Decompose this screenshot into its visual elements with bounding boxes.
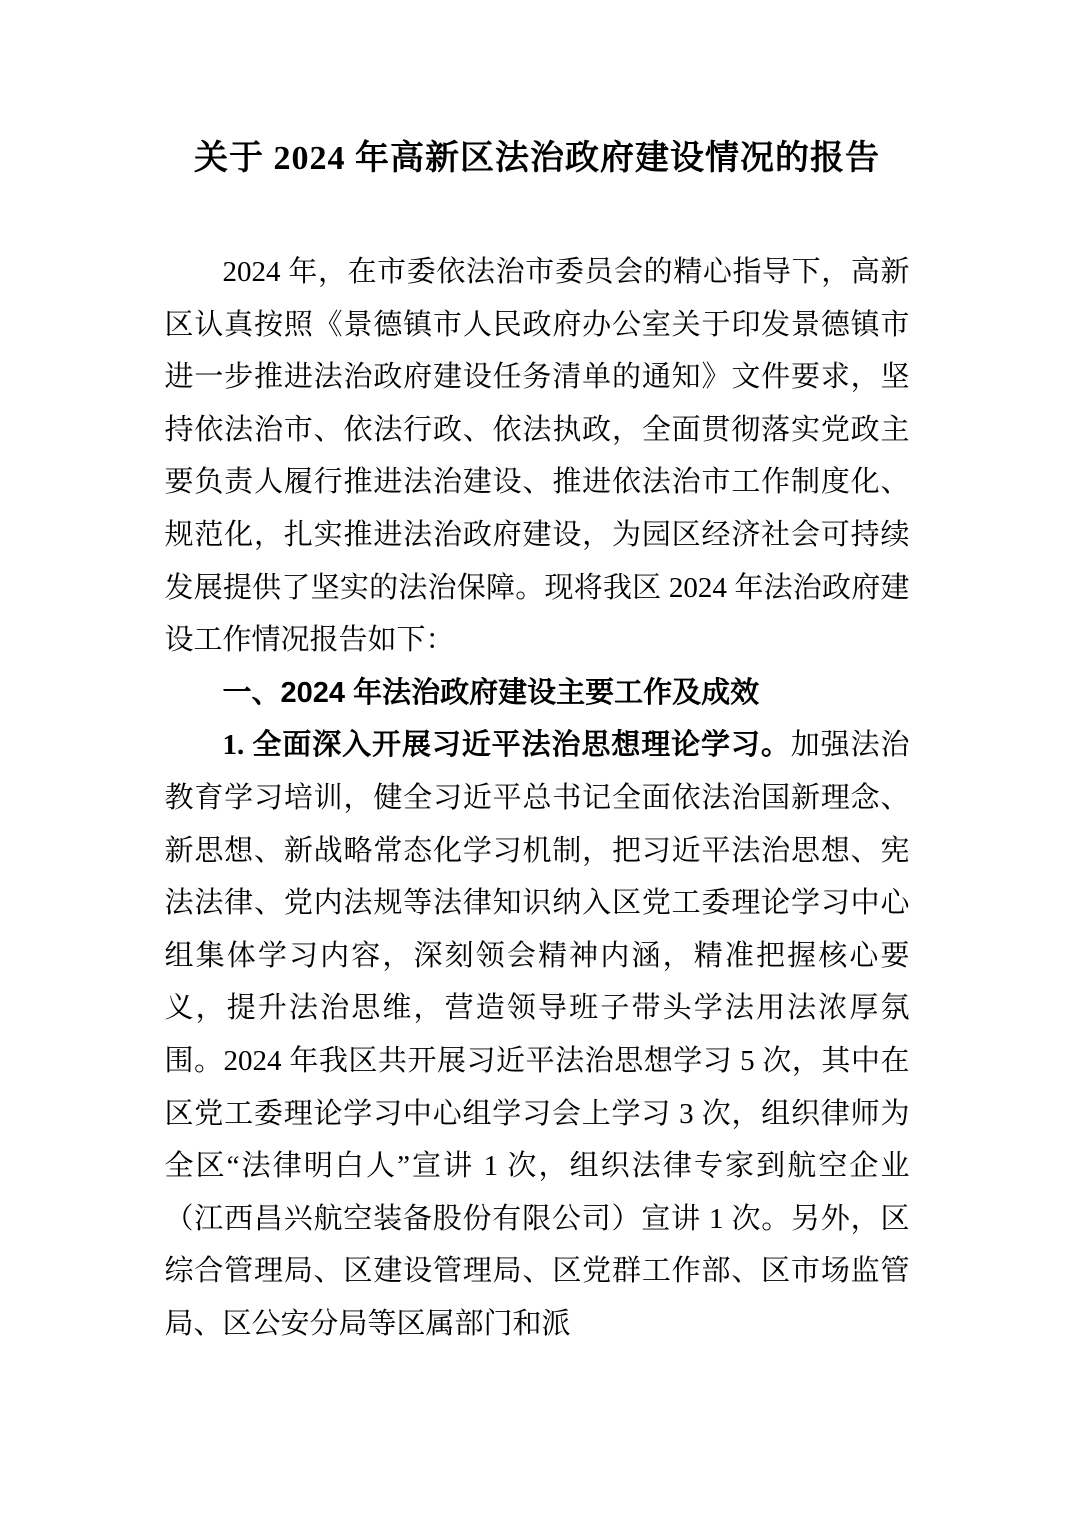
item-1-paragraph: 1. 全面深入开展习近平法治思想理论学习。加强法治教育学习培训，健全习近平总书记…	[165, 719, 910, 1350]
document-body: 2024 年，在市委依法治市委员会的精心指导下，高新区认真按照《景德镇市人民政府…	[165, 246, 910, 1350]
section-heading-1: 一、2024 年法治政府建设主要工作及成效	[165, 667, 910, 720]
item-1-body-text: 加强法治教育学习培训，健全习近平总书记全面依法治国新理念、新思想、新战略常态化学…	[165, 729, 910, 1340]
intro-paragraph: 2024 年，在市委依法治市委员会的精心指导下，高新区认真按照《景德镇市人民政府…	[165, 246, 910, 667]
item-1-lead: 1. 全面深入开展习近平法治思想理论学习。	[223, 729, 791, 761]
document-page: 关于 2024 年高新区法治政府建设情况的报告 2024 年，在市委依法治市委员…	[0, 0, 1074, 1520]
document-title: 关于 2024 年高新区法治政府建设情况的报告	[0, 0, 1074, 177]
